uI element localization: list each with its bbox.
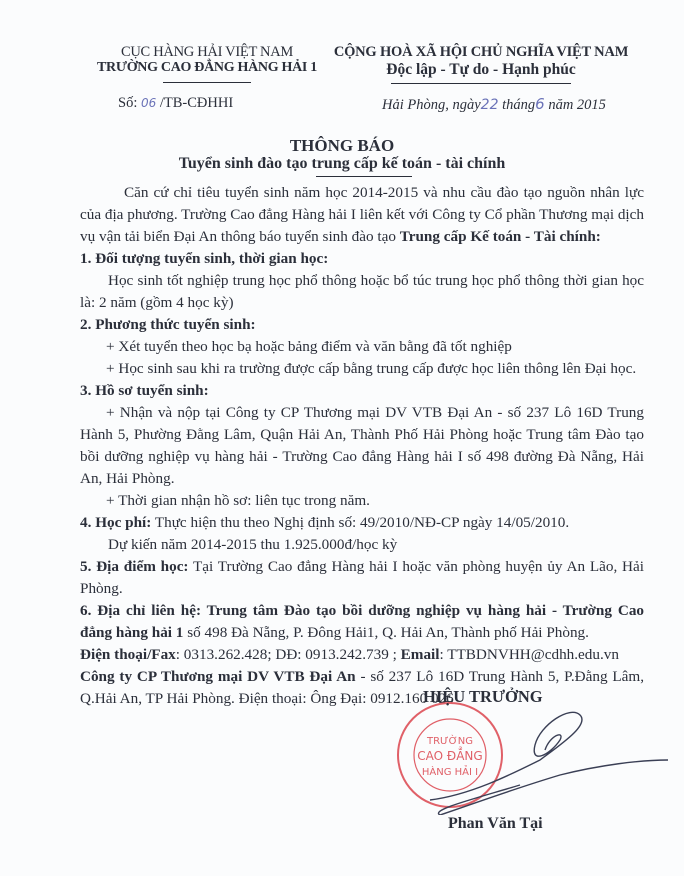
issuer-underline — [163, 82, 251, 83]
section-3-item: + Nhận và nộp tại Công ty CP Thương mại … — [80, 402, 644, 490]
section-1-text: Học sinh tốt nghiệp trung học phổ thông … — [80, 270, 644, 314]
date-month-label: tháng — [502, 97, 535, 113]
signature-icon — [410, 705, 670, 815]
date-month: 6 — [535, 95, 545, 113]
signer-title: HIỆU TRƯỞNG — [423, 687, 543, 707]
section-5: 5. Địa điểm học: Tại Trường Cao đẳng Hàn… — [80, 556, 644, 600]
motto-underline — [391, 83, 571, 84]
issuer-school: TRƯỜNG CAO ĐẲNG HÀNG HẢI 1 — [92, 60, 322, 76]
section-2-item: + Học sinh sau khi ra trường được cấp bằ… — [80, 358, 644, 380]
section-5-heading: 5. Địa điểm học: — [80, 558, 189, 575]
subtitle-underline — [316, 176, 412, 177]
section-3-item: + Thời gian nhận hồ sơ: liên tục trong n… — [80, 490, 644, 512]
date-day: 22 — [481, 97, 499, 113]
doc-number-suffix: /TB-CĐHHI — [160, 95, 233, 111]
section-3-heading: 3. Hồ sơ tuyển sinh: — [80, 380, 644, 402]
contact-email: : TTBDNVHH@cdhh.edu.vn — [439, 646, 618, 663]
national-heading: CỘNG HOÀ XÃ HỘI CHỦ NGHĨA VIỆT NAM Độc l… — [322, 44, 640, 84]
signer-name: Phan Văn Tại — [448, 815, 543, 833]
date-year: năm 2015 — [548, 97, 606, 113]
date-place: Hải Phòng, ngày — [382, 97, 481, 113]
section-2-item: + Xét tuyển theo học bạ hoặc bảng điểm v… — [80, 336, 644, 358]
program-name: Trung cấp Kế toán - Tài chính: — [400, 228, 601, 245]
national-motto: Độc lập - Tự do - Hạnh phúc — [322, 61, 640, 78]
section-6-heading: 6. Địa chỉ liên hệ: — [80, 602, 201, 619]
doc-number-handwritten: 06 — [141, 96, 156, 110]
contact-phone-email: Điện thoại/Fax: 0313.262.428; DĐ: 0913.2… — [80, 644, 644, 666]
intro-paragraph: Căn cứ chỉ tiêu tuyển sinh năm học 2014-… — [80, 182, 644, 248]
contact-company: Công ty CP Thương mại DV VTB Đại An - số… — [80, 666, 644, 710]
notice-title: THÔNG BÁO — [0, 136, 684, 156]
section-1-heading: 1. Đối tượng tuyển sinh, thời gian học: — [80, 248, 644, 270]
section-2-heading: 2. Phương thức tuyển sinh: — [80, 314, 644, 336]
document-number: Số: 06 /TB-CĐHHI — [118, 95, 233, 112]
section-6: 6. Địa chỉ liên hệ: Trung tâm Đào tạo bồ… — [80, 600, 644, 644]
country-name: CỘNG HOÀ XÃ HỘI CHỦ NGHĨA VIỆT NAM — [322, 44, 640, 61]
doc-number-prefix: Số: — [118, 95, 137, 111]
notice-subtitle: Tuyển sinh đào tạo trung cấp kế toán - t… — [0, 155, 684, 173]
section-4-heading: 4. Học phí: — [80, 514, 151, 531]
notice-body: Căn cứ chỉ tiêu tuyển sinh năm học 2014-… — [80, 182, 644, 710]
document-page: CỤC HÀNG HẢI VIỆT NAM TRƯỜNG CAO ĐẲNG HÀ… — [0, 0, 684, 876]
issuer-block: CỤC HÀNG HẢI VIỆT NAM TRƯỜNG CAO ĐẲNG HÀ… — [92, 44, 322, 83]
section-4-estimate: Dự kiến năm 2014-2015 thu 1.925.000đ/học… — [80, 534, 644, 556]
issuer-agency: CỤC HÀNG HẢI VIỆT NAM — [92, 44, 322, 60]
section-4: 4. Học phí: Thực hiện thu theo Nghị định… — [80, 512, 644, 534]
document-date: Hải Phòng, ngày22 tháng6 năm 2015 — [382, 95, 606, 114]
